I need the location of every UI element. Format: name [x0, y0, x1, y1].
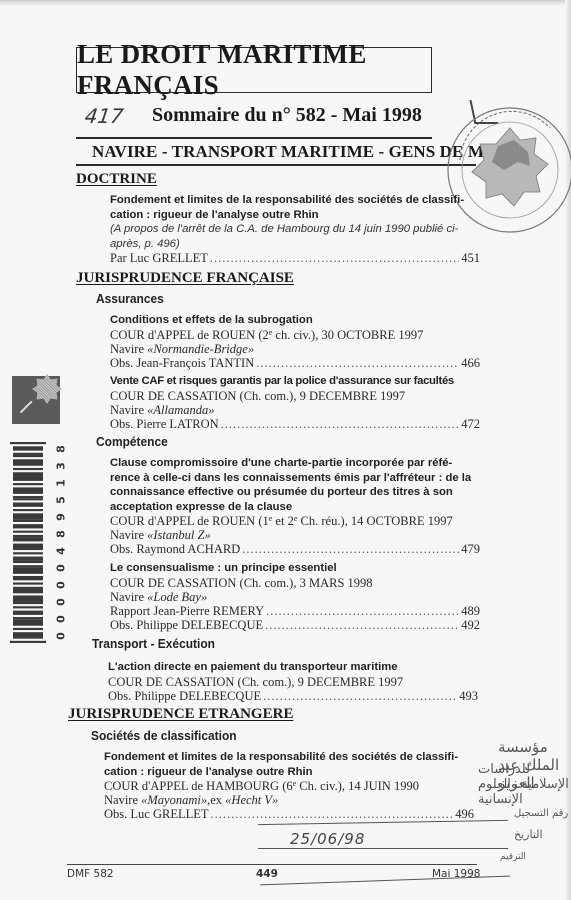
- entry-ship: Navire «Mayonami»,ex «Hecht V»: [104, 793, 474, 807]
- journal-title-box: LE DROIT MARITIME FRANÇAIS: [76, 47, 432, 93]
- entry-court: COUR d'APPEL de ROUEN (1e et 2e Ch. réu.…: [110, 514, 480, 528]
- ship-name: «Allamanda»: [147, 403, 214, 417]
- page-number: 451: [461, 251, 480, 265]
- entry-title: Fondement et limites de la responsabilit…: [110, 193, 480, 208]
- entry-obs: Obs. Philippe DELEBECQUE: [110, 618, 263, 632]
- entry-obs-line: Obs. Pierre LATRON 472: [110, 417, 480, 431]
- entry-note: (A propos de l'arrêt de la C.A. de Hambo…: [110, 222, 480, 237]
- entry-court: COUR DE CASSATION (Ch. com.), 9 DECEMBRE…: [110, 389, 480, 403]
- court-text: Ch. réu.), 14 OCTOBRE 1997: [297, 514, 452, 528]
- barcode-digit: 1: [55, 479, 68, 487]
- ship-label: Navire: [110, 342, 147, 356]
- entry-obs-line: Obs. Philippe DELEBECQUE 493: [108, 689, 478, 703]
- arabic-stamp-line: للدراسات الإسلامية والعلوم الإنسانية: [478, 762, 571, 807]
- leader-dots: [266, 604, 459, 618]
- court-text: ch. civ.), 30 OCTOBRE 1997: [272, 328, 423, 342]
- leader-dots: [263, 689, 457, 703]
- entry-author: Par Luc GRELLET: [110, 251, 208, 265]
- section-jurisprudence-francaise: JURISPRUDENCE FRANÇAISE: [76, 270, 294, 287]
- toc-entry[interactable]: Fondement et limites de la responsabilit…: [104, 750, 474, 821]
- ship-name: «Istanbul Z»: [147, 528, 211, 542]
- star-shape: [32, 374, 62, 404]
- entry-court: COUR d'APPEL de HAMBOURG (6e Ch. civ.), …: [104, 779, 474, 793]
- ship-name: «Normandie-Bridge»: [147, 342, 254, 356]
- barcode-digit: 0: [55, 598, 68, 606]
- ship-label: Navire: [104, 793, 141, 807]
- toc-entry[interactable]: Vente CAF et risques garantis par la pol…: [110, 374, 480, 431]
- barcode-digit: 0: [55, 581, 68, 589]
- court-text: Ch. civ.), 14 JUIN 1990: [296, 779, 419, 793]
- entry-rapport-line: Rapport Jean-Pierre REMERY 489: [110, 604, 480, 618]
- entry-court: COUR DE CASSATION (Ch. com.), 9 DECEMBRE…: [108, 675, 478, 689]
- leader-dots: [211, 807, 454, 821]
- subsection-societes-classification: Sociétés de classification: [91, 728, 237, 743]
- page-number: 492: [461, 618, 480, 632]
- logo-stroke: [20, 401, 32, 413]
- divider: [76, 164, 476, 166]
- footer-divider: [67, 864, 477, 865]
- handwritten-reference: 417: [83, 104, 125, 128]
- entry-title: L'action directe en paiement du transpor…: [108, 660, 478, 675]
- ship-label: Navire: [110, 590, 147, 604]
- publisher-logo-icon: [12, 376, 60, 424]
- entry-note: après, p. 496): [110, 237, 480, 252]
- barcode-digit: 8: [55, 530, 68, 538]
- arabic-label-registration: رقم التسجيل: [514, 808, 568, 819]
- footer-page-number: 449: [256, 868, 278, 880]
- ship-label: Navire: [110, 403, 147, 417]
- court-text: COUR d'APPEL de ROUEN (2: [110, 328, 269, 342]
- entry-court: COUR DE CASSATION (Ch. com.), 3 MARS 199…: [110, 576, 480, 590]
- court-text: et 2: [272, 514, 294, 528]
- section-doctrine: DOCTRINE: [76, 171, 157, 188]
- leader-dots: [221, 417, 460, 431]
- entry-obs-line: Obs. Raymond ACHARD 479: [110, 542, 480, 556]
- issue-heading: Sommaire du n° 582 - Mai 1998: [152, 104, 422, 127]
- leader-dots: [265, 618, 459, 632]
- barcode-digit: 0: [55, 564, 68, 572]
- entry-title: Le consensualisme : un principe essentie…: [110, 561, 480, 576]
- entry-obs: Obs. Luc GRELLET: [104, 807, 209, 821]
- entry-obs: Obs. Pierre LATRON: [110, 417, 219, 431]
- barcode-digit: 0: [55, 616, 68, 624]
- page-number: 472: [461, 417, 480, 431]
- ship-name: «Lode Bay»: [147, 590, 207, 604]
- toc-entry[interactable]: Clause compromissoire d'une charte-parti…: [110, 456, 480, 556]
- entry-obs-line: Obs. Philippe DELEBECQUE 492: [110, 618, 480, 632]
- toc-entry[interactable]: L'action directe en paiement du transpor…: [108, 660, 478, 703]
- court-text: COUR d'APPEL de ROUEN (1: [110, 514, 269, 528]
- entry-rapport: Rapport Jean-Pierre REMERY: [110, 604, 264, 618]
- barcode-digit: 3: [55, 462, 68, 470]
- barcode-digit: 8: [55, 445, 68, 453]
- page-number: 496: [455, 807, 474, 821]
- subsection-transport-execution: Transport - Exécution: [92, 636, 215, 651]
- toc-entry[interactable]: Fondement et limites de la responsabilit…: [110, 193, 480, 265]
- entry-obs: Obs. Raymond ACHARD: [110, 542, 240, 556]
- barcode-digit: 0: [55, 633, 68, 641]
- barcode-digit: 4: [55, 547, 68, 555]
- toc-entry[interactable]: Conditions et effets de la subrogation C…: [110, 313, 480, 370]
- entry-title: Fondement et limites de la responsabilit…: [104, 750, 474, 765]
- entry-title: connaissance effective ou présumée du po…: [110, 485, 480, 500]
- barcode-digit: 9: [55, 513, 68, 521]
- page-number: 493: [459, 689, 478, 703]
- entry-obs: Obs. Philippe DELEBECQUE: [108, 689, 261, 703]
- page-number: 466: [461, 356, 480, 370]
- page-number: 479: [461, 542, 480, 556]
- footer-issue: DMF 582: [67, 868, 114, 880]
- leader-dots: [256, 356, 459, 370]
- court-text: COUR d'APPEL de HAMBOURG (6: [104, 779, 293, 793]
- entry-title: Conditions et effets de la subrogation: [110, 313, 480, 328]
- entry-obs-line: Obs. Luc GRELLET 496: [104, 807, 474, 821]
- entry-obs-line: Obs. Jean-François TANTIN 466: [110, 356, 480, 370]
- leader-dots: [242, 542, 459, 556]
- entry-court: COUR d'APPEL de ROUEN (2e ch. civ.), 30 …: [110, 328, 480, 342]
- barcode-digits: 000004895138: [54, 440, 68, 645]
- divider: [76, 137, 432, 139]
- ship-name: «Mayonami»: [141, 793, 207, 807]
- entry-author-line: Par Luc GRELLET 451: [110, 251, 480, 265]
- handwritten-date: 25/06/98: [290, 830, 365, 848]
- ship-separator: ,ex: [207, 793, 225, 807]
- entry-ship: Navire «Normandie-Bridge»: [110, 342, 480, 356]
- arabic-label-date: التاريخ: [514, 828, 543, 841]
- entry-title: Vente CAF et risques garantis par la pol…: [110, 374, 480, 389]
- entry-ship: Navire «Istanbul Z»: [110, 528, 480, 542]
- entry-title: Clause compromissoire d'une charte-parti…: [110, 456, 480, 471]
- leader-dots: [210, 251, 459, 265]
- arabic-label-note: الترقيم: [500, 852, 526, 862]
- entry-ship: Navire «Lode Bay»: [110, 590, 480, 604]
- entry-title: acceptation expresse de la clause: [110, 500, 480, 515]
- ship-former-name: «Hecht V»: [225, 793, 278, 807]
- page-number: 489: [461, 604, 480, 618]
- footer-date: Mai 1998: [432, 868, 480, 880]
- handwritten-underline: [258, 848, 508, 849]
- subsection-competence: Compétence: [96, 434, 168, 449]
- entry-title: cation : rigueur de l'analyse outre Rhin: [104, 765, 474, 780]
- subsection-assurances: Assurances: [96, 291, 164, 306]
- scan-edge-top: [0, 0, 571, 6]
- entry-title: rence à celle-ci dans les connaissements…: [110, 471, 480, 486]
- barcode-icon: [10, 440, 46, 645]
- journal-title: LE DROIT MARITIME FRANÇAIS: [77, 39, 431, 101]
- entry-ship: Navire «Allamanda»: [110, 403, 480, 417]
- section-jurisprudence-etrangere: JURISPRUDENCE ETRANGERE: [68, 706, 293, 723]
- entry-title: cation : rigueur de l'analyse outre Rhin: [110, 208, 480, 223]
- entry-obs: Obs. Jean-François TANTIN: [110, 356, 254, 370]
- ship-label: Navire: [110, 528, 147, 542]
- toc-entry[interactable]: Le consensualisme : un principe essentie…: [110, 561, 480, 632]
- barcode-digit: 5: [55, 496, 68, 504]
